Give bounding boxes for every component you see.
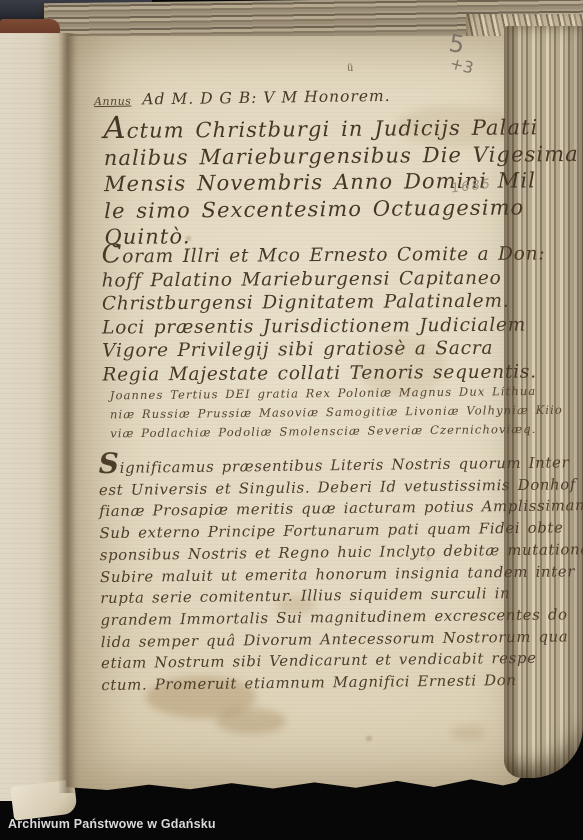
paper-stain bbox=[451, 726, 485, 740]
paragraph-royal-title: Joannes Tertius DEI gratia Rex Poloniæ M… bbox=[110, 382, 563, 443]
manuscript-line: nalibus Marieburgensibus Die Vigesima bbox=[104, 140, 579, 171]
manuscript-line: Vigore Privilegij sibi gratiosè a Sacra bbox=[102, 337, 546, 364]
manuscript-line: hoff Palatino Marieburgensi Capitaneo bbox=[102, 266, 546, 293]
book-gutter bbox=[58, 33, 80, 793]
heading-dedication: Ad M. D G B: V M Honorem. bbox=[142, 87, 390, 108]
ink-stain bbox=[216, 708, 286, 734]
manuscript-line: Loci præsentis Jurisdictionem Judicialem bbox=[102, 313, 546, 340]
foxing-spot bbox=[366, 736, 372, 741]
archive-watermark: Archiwum Państwowe w Gdańsku bbox=[8, 817, 216, 831]
paragraph-datum: Actum Christburgi in Judicijs Palati nal… bbox=[103, 112, 579, 251]
paragraph-coram: Coram Illri et Mco Ernesto Comite a Don:… bbox=[102, 240, 547, 387]
manuscript-line: Christburgensi Dignitatem Palatinalem. bbox=[102, 290, 546, 317]
manuscript-line: le simo Sexcentesimo Octuagesimo bbox=[104, 193, 579, 224]
manuscript-line: Mensis Novembris Anno Domini Mil bbox=[104, 167, 579, 198]
stray-ink-mark: ü bbox=[347, 63, 353, 74]
paragraph-body: Significamus præsentibus Literis Nostris… bbox=[99, 447, 583, 697]
manuscript-line: Coram Illri et Mco Ernesto Comite a Don: bbox=[102, 240, 546, 269]
heading-annus: Annus bbox=[94, 95, 132, 109]
manuscript-line: Actum Christburgi in Judicijs Palati bbox=[103, 112, 578, 145]
